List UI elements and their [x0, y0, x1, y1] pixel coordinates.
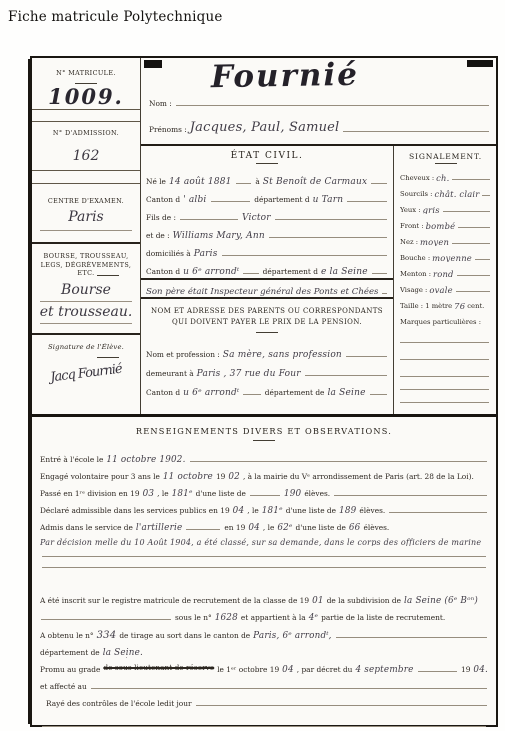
- rule-line: [32, 183, 140, 184]
- blank-line: [418, 671, 457, 672]
- engage-year-value: 02: [228, 472, 240, 481]
- blank-line: [400, 364, 489, 377]
- bourse-label: BOURSE, TROUSSEAU,: [32, 252, 140, 260]
- canton-label: Canton d: [146, 195, 180, 204]
- visage-value: ovale: [429, 285, 452, 294]
- departement-label: département d: [263, 267, 318, 276]
- profession-label: Nom et profession :: [146, 350, 220, 359]
- bourse-value: Bourse: [32, 282, 140, 298]
- liste-label: d'une liste de: [296, 523, 346, 532]
- father-name-value: Victor: [242, 213, 271, 222]
- canton-label: Canton d: [146, 267, 180, 276]
- rule-line: [32, 121, 140, 122]
- engage-label-suite: , à la mairie du Vᵉ arrondissement de Pa…: [243, 472, 474, 481]
- blank-line: [400, 377, 489, 390]
- blank-line: [336, 637, 487, 638]
- blank-line: [482, 195, 490, 196]
- divider: [435, 163, 457, 164]
- divider: [256, 163, 278, 164]
- admis-rank-value: 62ᵉ: [277, 523, 292, 532]
- admissible-year-value: 04: [233, 506, 245, 515]
- blank-line: [250, 495, 280, 496]
- canton-value: u 6ᵉ arrondᵗ: [183, 267, 239, 276]
- sous-numero-label: sous le n°: [175, 613, 212, 622]
- renseignements-section: RENSEIGNEMENTS DIVERS ET OBSERVATIONS. E…: [32, 417, 496, 725]
- le-label: , le: [157, 489, 168, 498]
- student-signature: Jacq Fournié: [31, 359, 140, 387]
- admis-service-value: l'artillerie: [136, 523, 183, 532]
- blank-line: [400, 347, 489, 360]
- subdivision-value: la Seine (6ᵉ Bᵒⁿ): [404, 596, 478, 605]
- engage-date-value: 11 octobre: [163, 472, 213, 481]
- divider: [256, 332, 278, 333]
- partie-label: partie de la liste de recrutement.: [321, 613, 445, 622]
- blank-line: [452, 179, 490, 180]
- parents-title: QUI DOIVENT PAYER LE PRIX DE LA PENSION.: [146, 317, 388, 328]
- blank-line: [382, 293, 387, 294]
- rule-line: [32, 109, 140, 110]
- left-column: N° MATRICULE. 1009. N° D'ADMISSION. 162 …: [32, 58, 141, 414]
- eleves-label: élèves.: [363, 523, 389, 532]
- signalement-section: SIGNALEMENT. Cheveux : ch. Sourcils : ch…: [393, 146, 496, 414]
- taille-label: Taille : 1 mètre: [400, 302, 452, 310]
- inscrit-year-value: 01: [312, 596, 324, 605]
- nom-label: Nom :: [149, 99, 172, 108]
- liste-label: d'une liste de: [196, 489, 246, 498]
- prenoms-label: Prénoms :: [149, 125, 187, 134]
- address-value: Paris , 37 rue du Four: [197, 369, 301, 378]
- admis-year-value: 04: [248, 523, 260, 532]
- blank-line: [347, 201, 387, 202]
- scan-mark: [467, 60, 493, 67]
- parents-title: NOM ET ADRESSE DES PARENTS OU CORRESPOND…: [146, 306, 388, 317]
- admis-label-suite: en 19: [224, 523, 245, 532]
- demeurant-label: demeurant à: [146, 369, 194, 378]
- passe-total-value: 190: [284, 489, 301, 498]
- year-prefix: 19: [461, 665, 470, 674]
- scan-mark: [144, 60, 162, 68]
- blank-line: [458, 227, 490, 228]
- blank-line: [372, 273, 387, 274]
- passe-label: Passé en 1ʳᵉ division en 19: [40, 489, 140, 498]
- blank-line: [176, 105, 489, 106]
- admissible-total-value: 189: [339, 506, 356, 515]
- blank-line: [334, 495, 487, 496]
- father-profession-note: Son père était Inspecteur général des Po…: [146, 287, 378, 296]
- departement-label: département d: [254, 195, 309, 204]
- blank-line: [243, 394, 260, 395]
- blank-line: [243, 273, 258, 274]
- divider: [97, 357, 119, 358]
- blank-line: [222, 255, 387, 256]
- birthplace-value: St Benoît de Carmaux: [263, 177, 367, 186]
- matricule-recrutement-value: 1628: [215, 613, 238, 622]
- scanned-document-page: Fiche matricule Polytechnique N° MATRICU…: [0, 0, 505, 731]
- yeux-label: Yeux :: [400, 206, 421, 214]
- bouche-label: Bouche :: [400, 254, 430, 262]
- blank-line: [236, 183, 252, 184]
- entre-value: 11 octobre 1902.: [106, 455, 185, 464]
- liste-label: d'une liste de: [286, 506, 336, 515]
- a-label: à: [255, 177, 259, 186]
- promu-year-value: 04: [282, 665, 294, 674]
- front-value: bombé: [426, 221, 456, 230]
- eleves-label: élèves.: [359, 506, 385, 515]
- blank-line: [457, 275, 490, 276]
- bouche-value: moyenne: [432, 253, 472, 262]
- domicile-value: Paris: [194, 249, 218, 258]
- le-label: , le: [263, 523, 274, 532]
- blank-line: [196, 705, 487, 706]
- blank-line: [42, 546, 486, 557]
- blank-line: [42, 716, 486, 727]
- divider: [97, 275, 119, 276]
- page-title: Fiche matricule Polytechnique: [8, 9, 223, 25]
- admission-value: 162: [32, 148, 140, 164]
- et-de-label: et de :: [146, 231, 170, 240]
- bourse-value: et trousseau.: [32, 304, 140, 320]
- blank-line: [305, 375, 387, 376]
- cheveux-value: ch.: [436, 173, 449, 182]
- signature-label: Signature de l'Élève.: [32, 343, 140, 351]
- passe-year-value: 03: [143, 489, 155, 498]
- engage-label: Engagé volontaire pour 3 ans le: [40, 472, 160, 481]
- rule-line: [141, 297, 393, 299]
- rule-line: [40, 323, 132, 324]
- domicilies-label: domiciliés à: [146, 249, 191, 258]
- raye-label: Rayé des contrôles de l'école ledit jour: [46, 699, 192, 708]
- sourcils-label: Sourcils :: [400, 190, 432, 198]
- taille-value: 76: [454, 301, 465, 310]
- year-prefix: 19: [216, 472, 225, 481]
- nom-value: Fournié: [211, 57, 360, 96]
- renseignements-title: RENSEIGNEMENTS DIVERS ET OBSERVATIONS.: [40, 426, 488, 436]
- admis-label: Admis dans le service de: [40, 523, 133, 532]
- etat-civil-section: ÉTAT CIVIL. Né le 14 août 1881 à St Beno…: [141, 146, 393, 414]
- menton-value: rond: [433, 269, 454, 278]
- departement-value: la Seine: [327, 388, 365, 397]
- blank-line: [456, 291, 490, 292]
- blank-line: [186, 529, 220, 530]
- blank-line: [452, 243, 490, 244]
- rule-line: [40, 230, 132, 231]
- profession-value: Sa mère, sans profession: [223, 350, 342, 359]
- appartient-label: et appartient à la: [241, 613, 306, 622]
- tirage-label-suite: de tirage au sort dans le canton de: [119, 631, 250, 640]
- mother-name-value: Williams Mary, Ann: [173, 231, 265, 240]
- blank-line: [389, 512, 487, 513]
- nez-value: moyen: [420, 237, 449, 246]
- blank-line: [475, 259, 490, 260]
- blank-line: [371, 183, 387, 184]
- admission-label: N° D'ADMISSION.: [32, 129, 140, 137]
- prenoms-value: Jacques, Paul, Samuel: [190, 120, 340, 135]
- admis-total-value: 66: [349, 523, 361, 532]
- rule-line: [32, 242, 140, 244]
- centre-examen-value: Paris: [32, 209, 140, 225]
- centre-examen-label: CENTRE D'EXAMEN.: [32, 197, 140, 205]
- partie-value: 4ᵉ: [309, 613, 318, 622]
- le-label: , le: [247, 506, 258, 515]
- blank-line: [275, 219, 387, 220]
- blank-line: [41, 619, 171, 620]
- departement-label: département de: [40, 648, 100, 657]
- blank-line: [91, 688, 487, 689]
- blank-line: [269, 237, 387, 238]
- ne-le-label: Né le: [146, 177, 166, 186]
- blank-line: [400, 390, 489, 403]
- fils-de-label: Fils de :: [146, 213, 176, 222]
- departement-value: e la Seine: [321, 267, 368, 276]
- entre-label: Entré à l'école le: [40, 455, 103, 464]
- decret-date-value: 4 septembre: [355, 665, 413, 674]
- blank-line: [180, 219, 238, 220]
- bourse-label: LEGS, DÉGRÈVEMENTS, ETC.: [32, 261, 140, 277]
- admissible-label: Déclaré admissible dans les services pub…: [40, 506, 230, 515]
- blank-line: [190, 461, 487, 462]
- affecte-label: et affecté au: [40, 682, 87, 691]
- name-header: Fournié Nom : Prénoms : Jacques, Paul, S…: [141, 58, 496, 146]
- departement-label: département de: [265, 388, 325, 397]
- admissible-rank-value: 181ᵉ: [262, 506, 283, 515]
- rule-line: [40, 301, 132, 302]
- tirage-label: A obtenu le n°: [40, 631, 94, 640]
- matricule-label: N° MATRICULE.: [32, 69, 140, 77]
- passe-rank-value: 181ᵉ: [172, 489, 193, 498]
- departement-value: la Seine.: [103, 648, 143, 657]
- menton-label: Menton :: [400, 270, 431, 278]
- blank-line: [370, 394, 387, 395]
- decision-note: Par décision melle du 10 Août 1904, a ét…: [40, 538, 481, 546]
- canton-label: Canton d: [146, 388, 180, 397]
- blank-line: [400, 330, 489, 343]
- decret-label: , par décret du: [297, 665, 353, 674]
- blank-line: [443, 211, 490, 212]
- fiche-card: N° MATRICULE. 1009. N° D'ADMISSION. 162 …: [30, 56, 498, 727]
- inscrit-label: A été inscrit sur le registre matricule …: [40, 596, 309, 605]
- promu-date-label: le 1ᵉʳ octobre 19: [217, 665, 279, 674]
- marques-label: Marques particulières :: [400, 318, 481, 326]
- promu-grade-overlay: d'aspirant de 1ʳᵉ cl. de marine: [107, 657, 248, 659]
- taille-unit: cent.: [467, 302, 484, 310]
- front-label: Front :: [400, 222, 424, 230]
- visage-label: Visage :: [400, 286, 427, 294]
- blank-line: [211, 201, 251, 202]
- canton-value: u 6ᵉ arrondᵗ: [183, 388, 239, 397]
- eleves-label: élèves.: [304, 489, 330, 498]
- decret-year-value: 04.: [473, 665, 488, 674]
- blank-line: [42, 727, 486, 731]
- rule-line: [32, 333, 140, 335]
- promu-label: Promu au grade: [40, 665, 100, 674]
- matricule-value: 1009.: [32, 84, 140, 109]
- etat-civil-title: ÉTAT CIVIL.: [146, 151, 388, 161]
- blank-line: [343, 131, 489, 132]
- signalement-title: SIGNALEMENT.: [400, 152, 491, 161]
- rule-line: [32, 170, 140, 171]
- departement-value: u Tarn: [313, 195, 344, 204]
- blank-line: [42, 557, 486, 568]
- cheveux-label: Cheveux :: [400, 174, 434, 182]
- yeux-value: gris: [423, 205, 440, 214]
- canton-value: ' albi: [183, 195, 206, 204]
- nez-label: Nez :: [400, 238, 418, 246]
- inscrit-label-suite: de la subdivision de: [327, 596, 401, 605]
- divider: [253, 440, 275, 441]
- blank-line: [346, 356, 387, 357]
- tirage-canton-value: Paris, 6ᵉ arrondᵗ,: [253, 631, 332, 640]
- sourcils-value: chât. clair: [434, 189, 479, 198]
- tirage-numero-value: 334: [97, 630, 117, 640]
- promu-grade-struck: de sous-lieutenant de réserve: [103, 663, 214, 672]
- birthdate-value: 14 août 1881: [169, 177, 232, 186]
